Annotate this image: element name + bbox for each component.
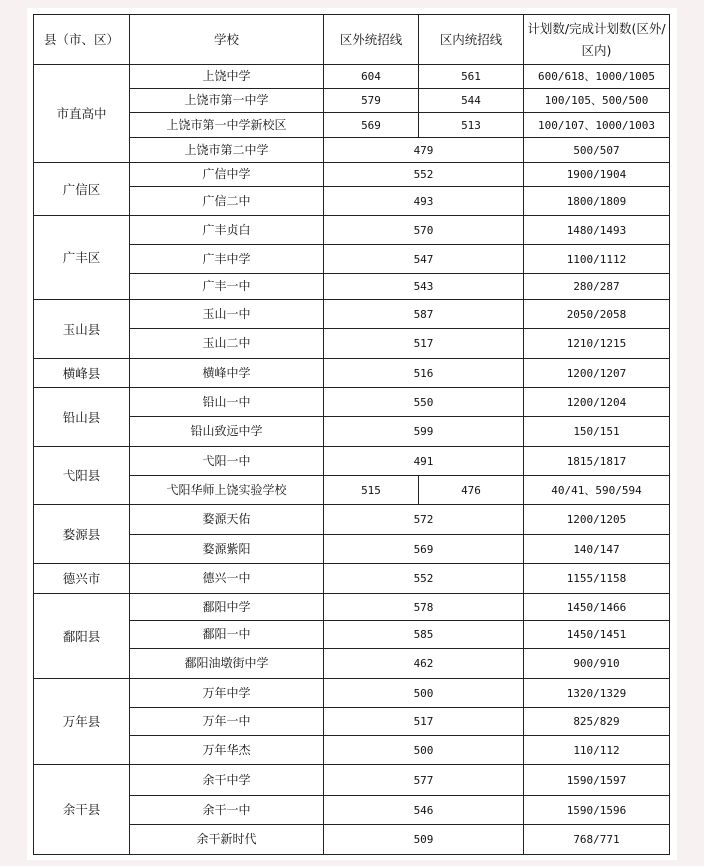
unified-line-cell: 547 — [324, 245, 524, 274]
school-cell: 婺源紫阳 — [130, 535, 324, 564]
table-row: 余干县余干中学5771590/1597 — [34, 765, 670, 796]
plan-cell: 40/41、590/594 — [524, 476, 670, 505]
school-cell: 弋阳华师上饶实验学校 — [130, 476, 324, 505]
table-row: 余干新时代509768/771 — [34, 825, 670, 855]
table-row: 玉山二中5171210/1215 — [34, 329, 670, 359]
outside-line-cell: 515 — [324, 476, 419, 505]
school-cell: 广信中学 — [130, 163, 324, 187]
unified-line-cell: 509 — [324, 825, 524, 855]
school-cell: 余干中学 — [130, 765, 324, 796]
school-cell: 上饶市第二中学 — [130, 138, 324, 163]
school-cell: 弋阳一中 — [130, 447, 324, 476]
unified-line-cell: 493 — [324, 187, 524, 216]
plan-cell: 1320/1329 — [524, 679, 670, 708]
plan-cell: 1155/1158 — [524, 564, 670, 594]
plan-cell: 1590/1596 — [524, 796, 670, 825]
county-cell: 鄱阳县 — [34, 594, 130, 679]
table-row: 婺源县婺源天佑5721200/1205 — [34, 505, 670, 535]
plan-cell: 100/107、1000/1003 — [524, 113, 670, 138]
plan-cell: 150/151 — [524, 417, 670, 447]
plan-cell: 1210/1215 — [524, 329, 670, 359]
plan-cell: 2050/2058 — [524, 300, 670, 329]
table-row: 广信区广信中学5521900/1904 — [34, 163, 670, 187]
county-cell: 横峰县 — [34, 359, 130, 388]
table-row: 横峰县横峰中学5161200/1207 — [34, 359, 670, 388]
inside-line-cell: 513 — [419, 113, 524, 138]
county-cell: 广丰区 — [34, 216, 130, 300]
table-row: 上饶市第二中学479500/507 — [34, 138, 670, 163]
header-school: 学校 — [130, 15, 324, 65]
plan-cell: 1450/1466 — [524, 594, 670, 621]
plan-cell: 1200/1207 — [524, 359, 670, 388]
table-row: 鄱阳一中5851450/1451 — [34, 621, 670, 649]
outside-line-cell: 579 — [324, 89, 419, 113]
plan-cell: 1900/1904 — [524, 163, 670, 187]
table-row: 德兴市德兴一中5521155/1158 — [34, 564, 670, 594]
table-row: 玉山县玉山一中5872050/2058 — [34, 300, 670, 329]
school-cell: 鄱阳中学 — [130, 594, 324, 621]
plan-cell: 1480/1493 — [524, 216, 670, 245]
table-header-row: 县（市、区） 学校 区外统招线 区内统招线 计划数/完成计划数(区外/区内) — [34, 15, 670, 65]
plan-cell: 1590/1597 — [524, 765, 670, 796]
unified-line-cell: 577 — [324, 765, 524, 796]
school-cell: 玉山一中 — [130, 300, 324, 329]
table-row: 万年华杰500110/112 — [34, 736, 670, 765]
inside-line-cell: 561 — [419, 65, 524, 89]
plan-cell: 1450/1451 — [524, 621, 670, 649]
county-cell: 玉山县 — [34, 300, 130, 359]
school-cell: 铅山一中 — [130, 388, 324, 417]
plan-cell: 825/829 — [524, 708, 670, 736]
table-row: 万年一中517825/829 — [34, 708, 670, 736]
school-cell: 万年一中 — [130, 708, 324, 736]
county-cell: 万年县 — [34, 679, 130, 765]
county-cell: 市直高中 — [34, 65, 130, 163]
unified-line-cell: 552 — [324, 564, 524, 594]
school-cell: 横峰中学 — [130, 359, 324, 388]
unified-line-cell: 585 — [324, 621, 524, 649]
table-row: 鄱阳油墩街中学462900/910 — [34, 649, 670, 679]
school-cell: 上饶市第一中学新校区 — [130, 113, 324, 138]
plan-cell: 140/147 — [524, 535, 670, 564]
plan-cell: 1800/1809 — [524, 187, 670, 216]
table-row: 上饶市第一中学新校区569513100/107、1000/1003 — [34, 113, 670, 138]
header-plan: 计划数/完成计划数(区外/区内) — [524, 15, 670, 65]
county-cell: 婺源县 — [34, 505, 130, 564]
school-cell: 万年华杰 — [130, 736, 324, 765]
school-cell: 广信二中 — [130, 187, 324, 216]
school-cell: 广丰贞白 — [130, 216, 324, 245]
school-cell: 广丰一中 — [130, 274, 324, 300]
unified-line-cell: 552 — [324, 163, 524, 187]
plan-cell: 600/618、1000/1005 — [524, 65, 670, 89]
plan-cell: 1815/1817 — [524, 447, 670, 476]
table-row: 弋阳县弋阳一中4911815/1817 — [34, 447, 670, 476]
table-row: 广丰区广丰贞白5701480/1493 — [34, 216, 670, 245]
header-county: 县（市、区） — [34, 15, 130, 65]
school-cell: 婺源天佑 — [130, 505, 324, 535]
header-outside-line: 区外统招线 — [324, 15, 419, 65]
school-cell: 铅山致远中学 — [130, 417, 324, 447]
school-cell: 上饶市第一中学 — [130, 89, 324, 113]
school-cell: 鄱阳油墩街中学 — [130, 649, 324, 679]
county-cell: 广信区 — [34, 163, 130, 216]
county-cell: 余干县 — [34, 765, 130, 855]
unified-line-cell: 578 — [324, 594, 524, 621]
plan-cell: 900/910 — [524, 649, 670, 679]
table-row: 广信二中4931800/1809 — [34, 187, 670, 216]
plan-cell: 500/507 — [524, 138, 670, 163]
unified-line-cell: 570 — [324, 216, 524, 245]
table-row: 余干一中5461590/1596 — [34, 796, 670, 825]
school-cell: 上饶中学 — [130, 65, 324, 89]
unified-line-cell: 462 — [324, 649, 524, 679]
table-row: 广丰一中543280/287 — [34, 274, 670, 300]
table-row: 万年县万年中学5001320/1329 — [34, 679, 670, 708]
plan-cell: 1100/1112 — [524, 245, 670, 274]
plan-cell: 768/771 — [524, 825, 670, 855]
plan-cell: 1200/1204 — [524, 388, 670, 417]
unified-line-cell: 479 — [324, 138, 524, 163]
school-cell: 万年中学 — [130, 679, 324, 708]
school-cell: 余干一中 — [130, 796, 324, 825]
table-row: 鄱阳县鄱阳中学5781450/1466 — [34, 594, 670, 621]
unified-line-cell: 572 — [324, 505, 524, 535]
inside-line-cell: 544 — [419, 89, 524, 113]
unified-line-cell: 491 — [324, 447, 524, 476]
county-cell: 德兴市 — [34, 564, 130, 594]
unified-line-cell: 517 — [324, 708, 524, 736]
unified-line-cell: 517 — [324, 329, 524, 359]
school-cell: 玉山二中 — [130, 329, 324, 359]
table-row: 铅山县铅山一中5501200/1204 — [34, 388, 670, 417]
unified-line-cell: 543 — [324, 274, 524, 300]
school-cell: 德兴一中 — [130, 564, 324, 594]
county-cell: 弋阳县 — [34, 447, 130, 505]
outside-line-cell: 604 — [324, 65, 419, 89]
table-body: 市直高中上饶中学604561600/618、1000/1005上饶市第一中学57… — [34, 65, 670, 855]
table-row: 铅山致远中学599150/151 — [34, 417, 670, 447]
table-row: 上饶市第一中学579544100/105、500/500 — [34, 89, 670, 113]
unified-line-cell: 516 — [324, 359, 524, 388]
unified-line-cell: 550 — [324, 388, 524, 417]
unified-line-cell: 599 — [324, 417, 524, 447]
plan-cell: 280/287 — [524, 274, 670, 300]
school-cell: 鄱阳一中 — [130, 621, 324, 649]
unified-line-cell: 546 — [324, 796, 524, 825]
school-cell: 广丰中学 — [130, 245, 324, 274]
unified-line-cell: 587 — [324, 300, 524, 329]
unified-line-cell: 500 — [324, 679, 524, 708]
plan-cell: 110/112 — [524, 736, 670, 765]
unified-line-cell: 569 — [324, 535, 524, 564]
table-row: 弋阳华师上饶实验学校51547640/41、590/594 — [34, 476, 670, 505]
inside-line-cell: 476 — [419, 476, 524, 505]
table-row: 婺源紫阳569140/147 — [34, 535, 670, 564]
table-row: 市直高中上饶中学604561600/618、1000/1005 — [34, 65, 670, 89]
plan-cell: 1200/1205 — [524, 505, 670, 535]
county-cell: 铅山县 — [34, 388, 130, 447]
header-inside-line: 区内统招线 — [419, 15, 524, 65]
plan-cell: 100/105、500/500 — [524, 89, 670, 113]
school-cell: 余干新时代 — [130, 825, 324, 855]
unified-line-cell: 500 — [324, 736, 524, 765]
outside-line-cell: 569 — [324, 113, 419, 138]
admission-score-table: 县（市、区） 学校 区外统招线 区内统招线 计划数/完成计划数(区外/区内) 市… — [33, 14, 670, 855]
table-row: 广丰中学5471100/1112 — [34, 245, 670, 274]
